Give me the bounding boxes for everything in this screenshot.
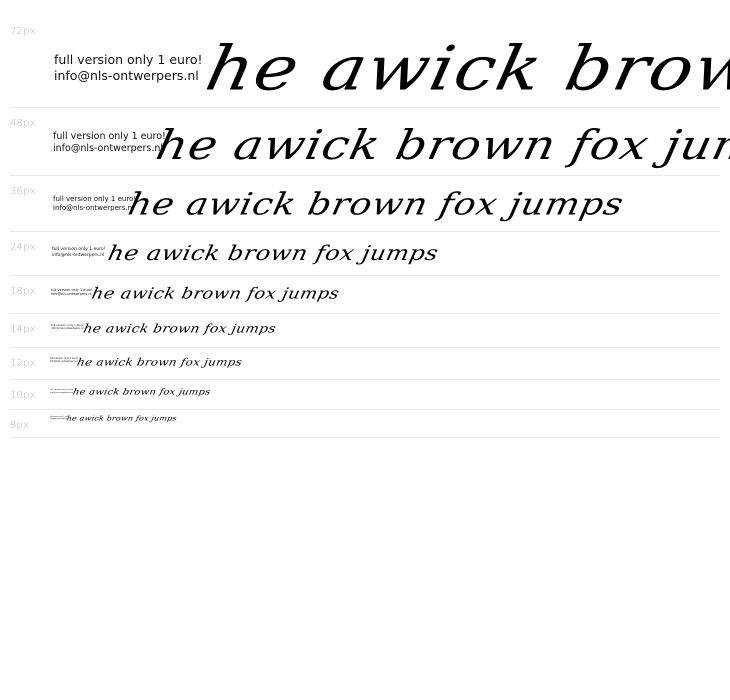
promo-line-2: info@nls-ontwerpers.nl: [52, 253, 105, 259]
sample-text: he awick brown fox jumps: [125, 187, 627, 222]
promo-line-1: full version only 1 euro!: [53, 131, 166, 143]
font-row-48: 48px full version only 1 euro! info@nls-…: [10, 107, 720, 176]
promo-line-1: full version only 1 euro!: [52, 247, 105, 253]
size-label: 24px: [10, 242, 36, 253]
promo-text: full version only 1 euro! info@nls-ontwe…: [53, 131, 166, 155]
promo-text: full version only 1 euro! info@nls-ontwe…: [53, 195, 136, 213]
size-label: 48px: [10, 118, 36, 129]
font-row-36: 36px full version only 1 euro! info@nls-…: [10, 175, 720, 232]
font-row-14: 14px full version only 1 euro! info@nls-…: [10, 313, 720, 348]
font-row-10: 10px full version only 1 euro! info@nls-…: [10, 379, 720, 410]
size-label: 12px: [10, 358, 36, 369]
promo-text: full version only 1 euro! info@nls-ontwe…: [50, 357, 78, 363]
promo-text: full version only 1 euro! info@nls-ontwe…: [50, 389, 74, 394]
promo-text: full version only 1 euro! info@nls-ontwe…: [51, 324, 84, 331]
sample-text: he awick brown fox jumps: [200, 33, 730, 104]
promo-text: full version only 1 euro! info@nls-ontwe…: [51, 288, 93, 297]
sample-text: he awick brown fox jumps: [106, 241, 441, 265]
size-label: 14px: [10, 324, 36, 335]
sample-text: he awick brown fox jumps: [152, 121, 730, 169]
promo-line-2: info@nls-ontwerpers.nl: [51, 292, 93, 296]
size-label: 8px: [10, 420, 29, 431]
font-row-72: 72px full version only 1 euro! info@nls-…: [10, 0, 720, 108]
promo-line-1: full version only 1 euro!: [53, 195, 136, 204]
promo-line-1: full version only 1 euro!: [54, 52, 202, 68]
promo-text: full version only 1 euro! info@nls-ontwe…: [54, 52, 202, 83]
sample-text: he awick brown fox jumps: [82, 322, 277, 336]
sample-text: he awick brown fox jumps: [72, 388, 211, 397]
promo-line-2: info@nls-ontwerpers.nl: [50, 360, 78, 363]
font-row-18: 18px full version only 1 euro! info@nls-…: [10, 275, 720, 314]
promo-line-2: info@nls-ontwerpers.nl: [50, 392, 74, 395]
promo-line-2: info@nls-ontwerpers.nl: [53, 143, 166, 155]
font-row-12: 12px full version only 1 euro! info@nls-…: [10, 347, 720, 380]
size-label: 72px: [10, 26, 36, 37]
sample-text: he awick brown fox jumps: [76, 356, 243, 368]
size-label: 18px: [10, 286, 36, 297]
promo-line-2: info@nls-ontwerpers.nl: [53, 204, 136, 213]
sample-text: he awick brown fox jumps: [66, 414, 177, 422]
promo-text: full version only 1 euro! info@nls-ontwe…: [52, 247, 105, 258]
size-label: 36px: [10, 186, 36, 197]
size-label: 10px: [10, 390, 36, 401]
font-row-8: 8px full version only 1 euro! info@nls-o…: [10, 409, 720, 438]
sample-text: he awick brown fox jumps: [90, 285, 341, 303]
font-row-24: 24px full version only 1 euro! info@nls-…: [10, 231, 720, 276]
promo-line-2: info@nls-ontwerpers.nl: [54, 68, 202, 84]
promo-line-2: info@nls-ontwerpers.nl: [51, 327, 84, 330]
